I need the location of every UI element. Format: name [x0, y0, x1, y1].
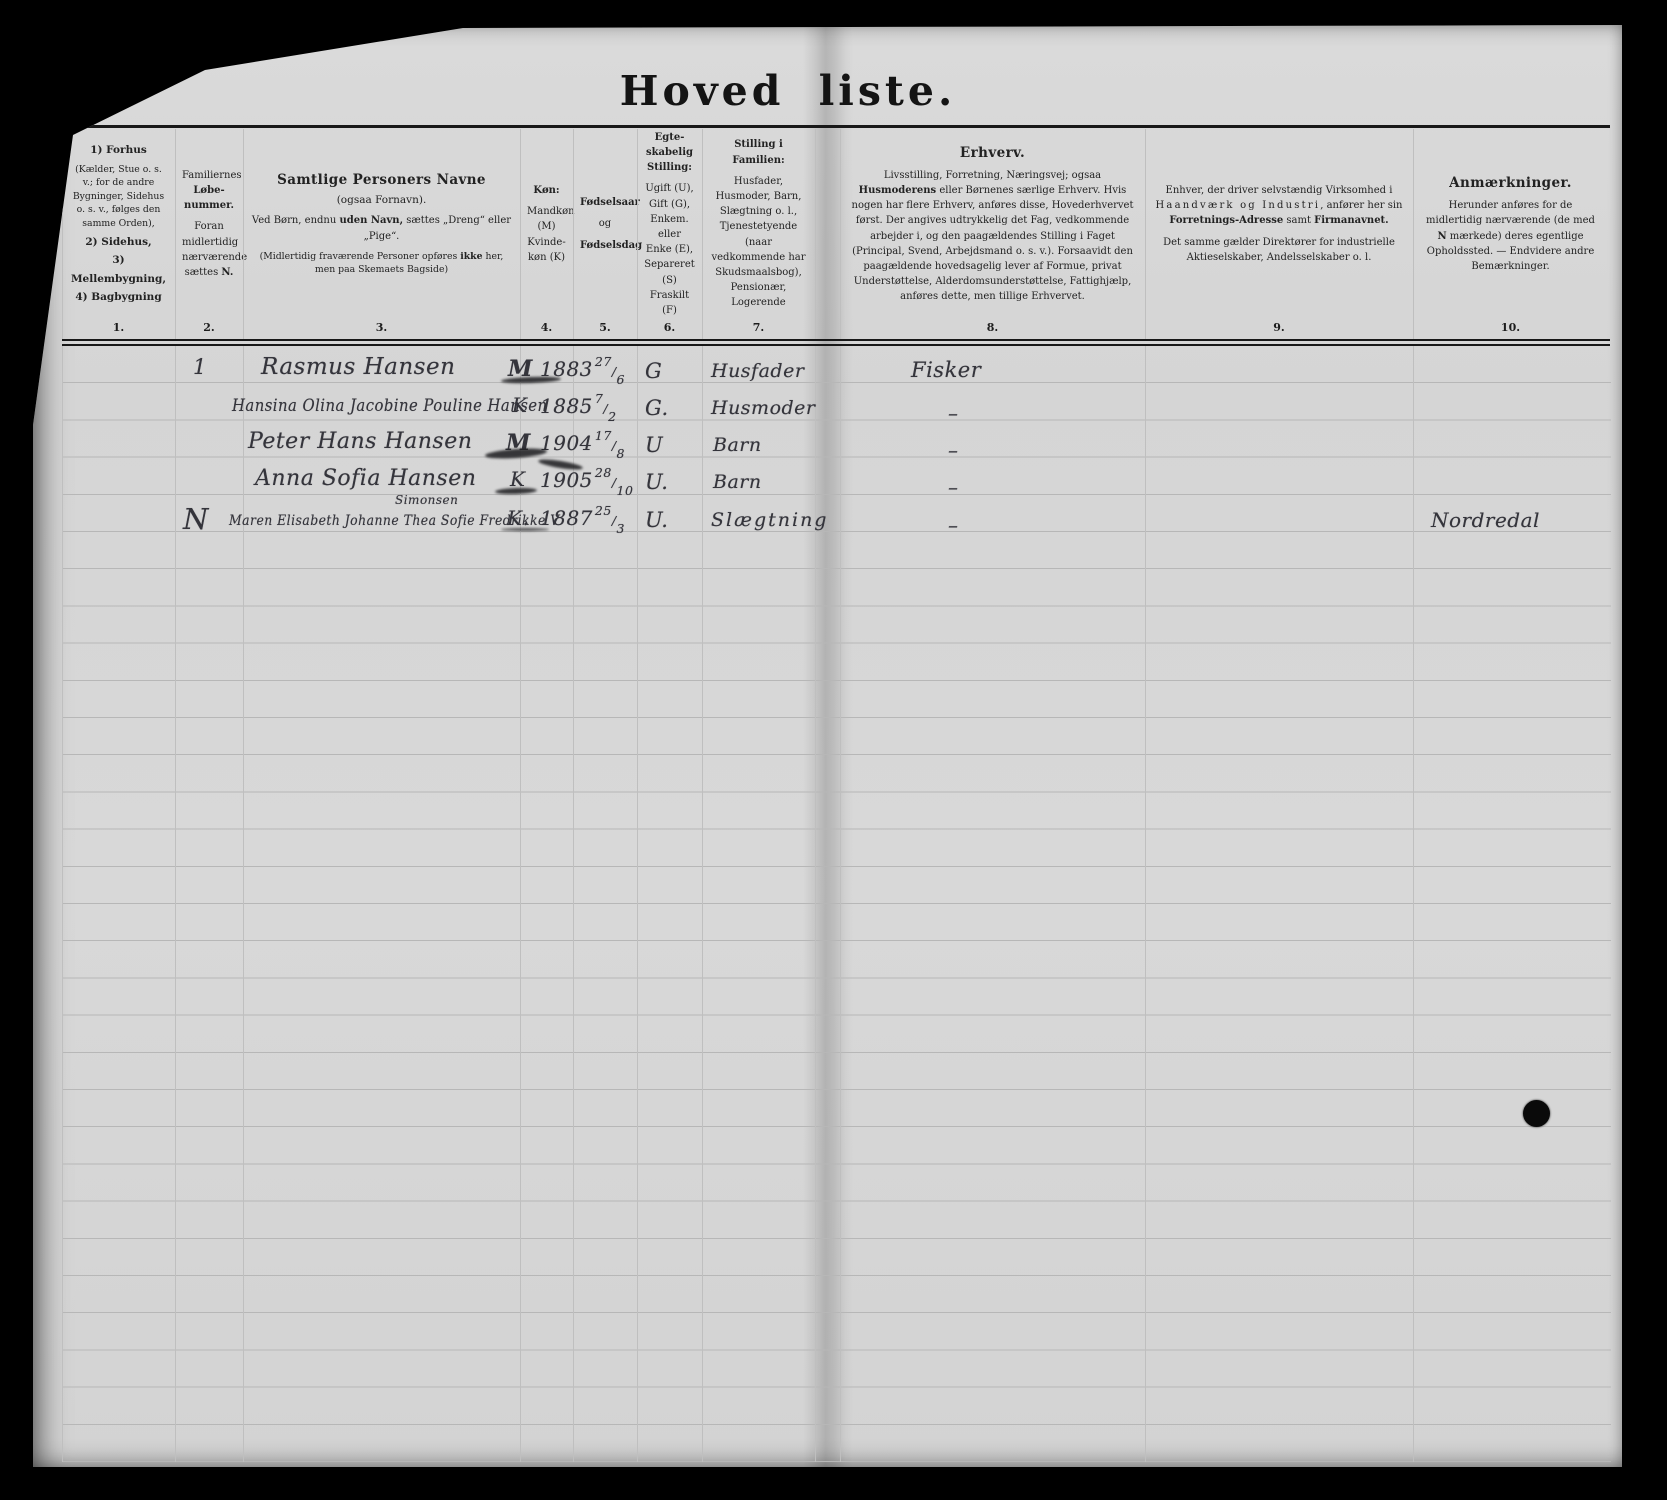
entry-birthdate: 1904178 — [540, 431, 625, 457]
entry-name: Hansina Olina Jacobine Pouline Hansen — [232, 396, 548, 415]
entry-marital: G — [645, 359, 662, 383]
entry-birthdate: 19052810 — [540, 468, 633, 494]
column-header-egteskabelig: Egte-skabelig Stilling:Ugift (U), Gift (… — [637, 129, 702, 319]
column-number-3: 3. — [243, 321, 520, 339]
column-number-9: 9. — [1145, 321, 1413, 339]
entry-lobenummer: N — [183, 502, 209, 536]
column-number-7: 7. — [702, 321, 815, 339]
column-number-4: 4. — [520, 321, 573, 339]
column-divider — [815, 129, 816, 339]
entry-name-surname-above: Simonsen — [395, 493, 458, 507]
entry-occupation: – — [948, 475, 959, 499]
column-divider — [702, 346, 703, 1462]
column-divider — [1413, 346, 1414, 1462]
entry-occupation: – — [948, 401, 959, 425]
column-header-fodselsaar: FødselsaarogFødselsdag — [573, 129, 637, 319]
header-top-rule — [62, 125, 1610, 128]
entry-sex: K — [512, 393, 527, 417]
entry-name: Rasmus Hansen — [261, 354, 455, 380]
scanned-census-page: Hoved liste. 1) Forhus(Kælder, Stue o. s… — [0, 0, 1667, 1500]
paper: Hoved liste. 1) Forhus(Kælder, Stue o. s… — [33, 25, 1622, 1467]
column-divider — [175, 129, 176, 339]
column-divider — [175, 346, 176, 1462]
entry-occupation: – — [948, 438, 959, 462]
column-header-stilling: Stilling i Familien:Husfader, Husmoder, … — [702, 129, 815, 319]
column-number-8: 8. — [840, 321, 1145, 339]
entry-name: Peter Hans Hansen — [248, 429, 472, 454]
column-divider — [840, 129, 841, 339]
entry-sex: K. — [507, 506, 529, 530]
entry-marital: U. — [645, 508, 668, 532]
column-header-virksomhed: Enhver, der driver selvstændig Virksomhe… — [1145, 129, 1413, 319]
column-divider — [840, 346, 841, 1462]
column-number-2: 2. — [175, 321, 243, 339]
entry-marital: U. — [645, 470, 668, 494]
column-number-5: 5. — [573, 321, 637, 339]
entry-marital: U — [645, 433, 663, 457]
ink-smudge — [501, 528, 549, 531]
column-divider — [1413, 129, 1414, 339]
column-header-forhus: 1) Forhus(Kælder, Stue o. s. v.; for de … — [62, 129, 175, 319]
column-divider — [1145, 346, 1146, 1462]
entry-remark: Nordredal — [1431, 508, 1540, 532]
column-divider — [520, 129, 521, 339]
entry-family: Barn — [713, 434, 762, 456]
column-header-lobenummer: Familiernes Løbe-nummer.Foran midlertidi… — [175, 129, 243, 319]
entry-occupation: Fisker — [911, 358, 981, 382]
column-header-kon: Køn:Mandkøn (M) Kvinde-køn (K) — [520, 129, 573, 319]
entry-birthdate: 1887253 — [540, 506, 625, 532]
column-number-10: 10. — [1413, 321, 1608, 339]
column-header-erhverv: Erhverv.Livsstilling, Forretning, Næring… — [840, 129, 1145, 319]
column-header-anmaerkninger: Anmærkninger.Herunder anføres for de mid… — [1413, 129, 1608, 319]
column-header-navne: Samtlige Personers Navne(ogsaa Fornavn).… — [243, 129, 520, 319]
column-number-6: 6. — [637, 321, 702, 339]
column-divider — [573, 129, 574, 339]
entry-lobenummer: 1 — [193, 355, 207, 379]
entry-birthdate: 188572 — [540, 394, 617, 420]
header-double-rule — [62, 339, 1610, 341]
column-divider — [1145, 129, 1146, 339]
column-divider — [62, 129, 63, 339]
column-divider — [702, 129, 703, 339]
entry-family: Husmoder — [711, 397, 816, 419]
column-number-1: 1. — [62, 321, 175, 339]
column-divider — [62, 346, 63, 1462]
column-divider — [637, 346, 638, 1462]
entry-family: Slægtning — [711, 509, 828, 531]
column-divider — [243, 129, 244, 339]
page-title: Hoved liste. — [33, 67, 1543, 115]
column-divider — [637, 129, 638, 339]
ink-blot-dot — [1523, 1100, 1550, 1127]
entry-name: Anna Sofia Hansen — [255, 466, 476, 491]
entry-marital: G. — [645, 396, 669, 420]
entry-family: Husfader — [711, 360, 804, 382]
entry-occupation: – — [948, 513, 959, 537]
entry-family: Barn — [713, 471, 762, 493]
